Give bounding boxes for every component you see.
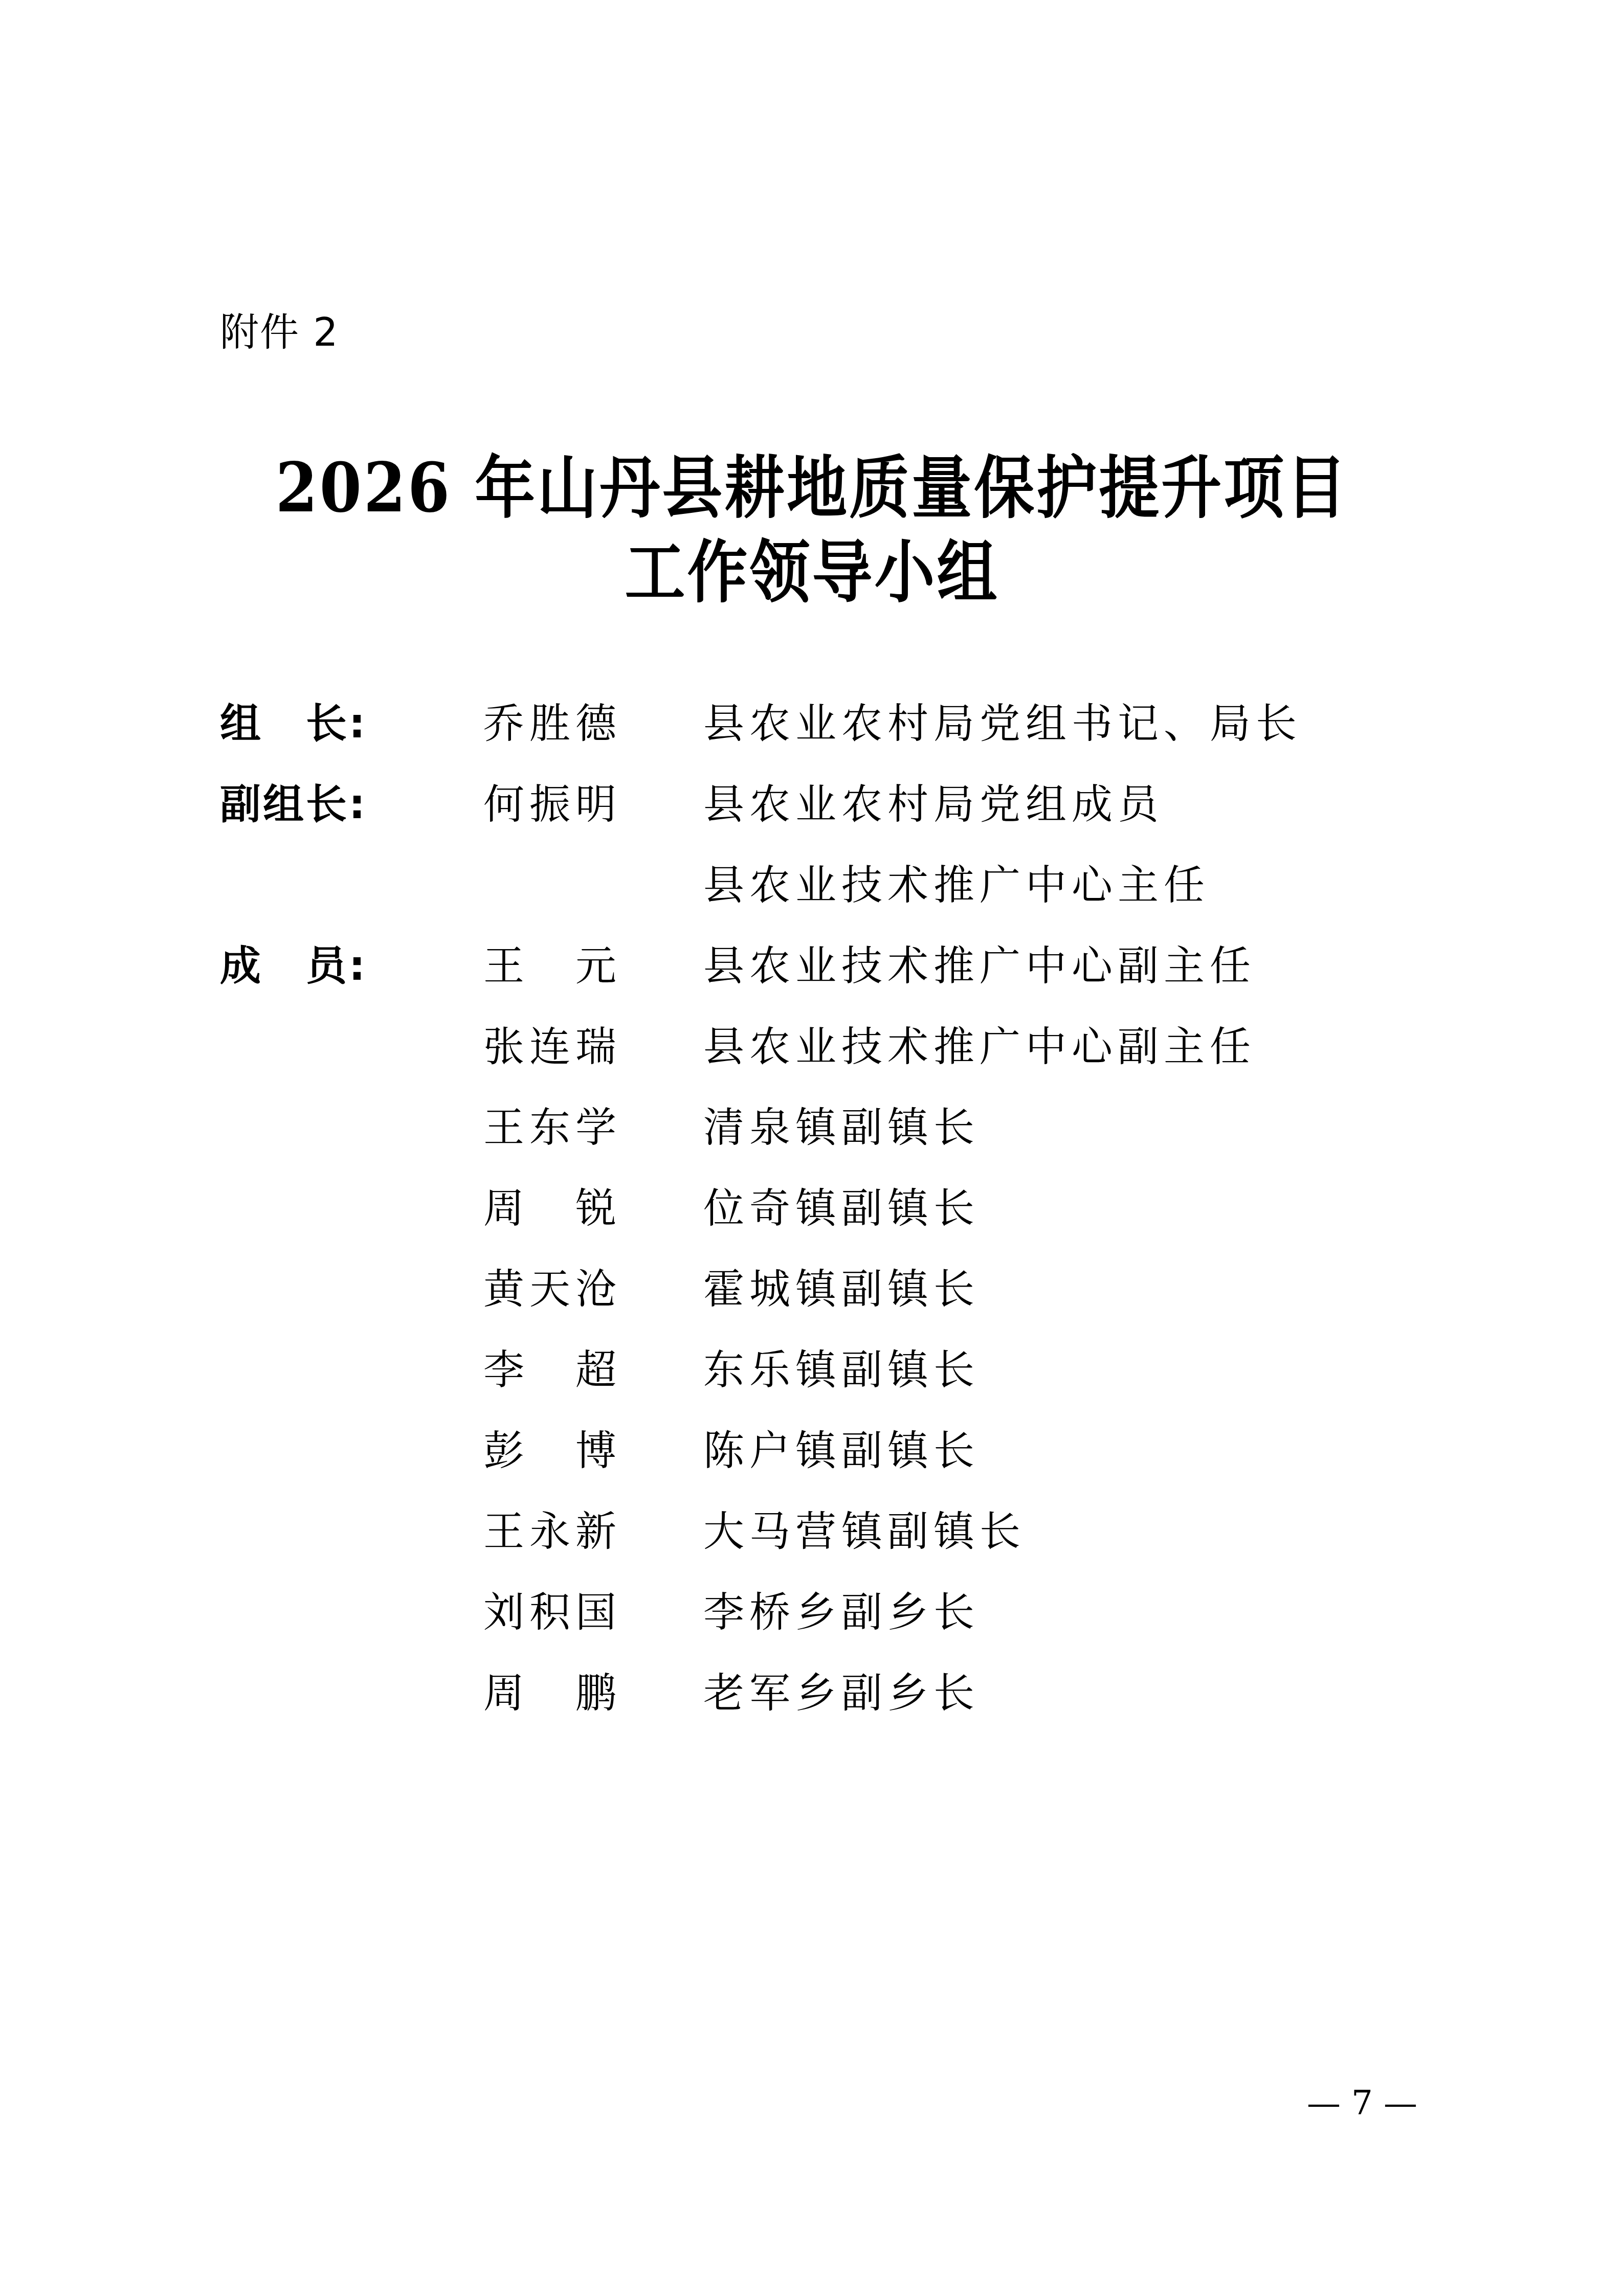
member-name: 何振明 xyxy=(483,784,621,825)
role-label: 组 长: xyxy=(220,703,367,744)
role-label: 成 员: xyxy=(220,946,367,986)
member-row: 李 超 东乐镇副镇长 xyxy=(0,1344,1624,1425)
member-row: 组 长: 乔胜德 县农业农村局党组书记、局长 xyxy=(0,698,1624,779)
member-row: 成 员: 王 元 县农业技术推广中心副主任 xyxy=(0,940,1624,1021)
page-number: — 7 — xyxy=(1307,2086,1417,2120)
member-row: 黄天沧 霍城镇副镇长 xyxy=(0,1264,1624,1344)
member-row: 刘积国 李桥乡副乡长 xyxy=(0,1587,1624,1668)
member-row: 王东学 清泉镇副镇长 xyxy=(0,1102,1624,1183)
member-title: 霍城镇副镇长 xyxy=(703,1269,980,1310)
member-name: 李 超 xyxy=(483,1349,621,1390)
member-list: 组 长: 乔胜德 县农业农村局党组书记、局长 副组长: 何振明 县农业农村局党组… xyxy=(0,698,1624,1748)
member-name: 王东学 xyxy=(483,1107,621,1148)
member-row: 王永新 大马营镇副镇长 xyxy=(0,1506,1624,1587)
member-title: 大马营镇副镇长 xyxy=(703,1511,1026,1552)
member-title: 东乐镇副镇长 xyxy=(703,1349,980,1390)
member-name: 王 元 xyxy=(483,946,621,986)
member-row: 县农业技术推广中心主任 xyxy=(0,860,1624,940)
member-title: 位奇镇副镇长 xyxy=(703,1188,980,1229)
member-row: 周 锐 位奇镇副镇长 xyxy=(0,1183,1624,1264)
member-row: 张连瑞 县农业技术推广中心副主任 xyxy=(0,1021,1624,1102)
member-name: 王永新 xyxy=(483,1511,621,1552)
member-title: 县农业技术推广中心副主任 xyxy=(703,946,1256,986)
role-label: 副组长: xyxy=(220,784,367,825)
member-title: 县农业技术推广中心主任 xyxy=(703,865,1210,906)
document-title-line-1: 2026 年山丹县耕地质量保护提升项目 xyxy=(0,454,1624,522)
member-name: 黄天沧 xyxy=(483,1269,621,1310)
member-row: 彭 博 陈户镇副镇长 xyxy=(0,1425,1624,1506)
member-name: 周 鹏 xyxy=(483,1673,621,1714)
attachment-label: 附件 2 xyxy=(220,313,339,352)
member-title: 县农业农村局党组书记、局长 xyxy=(703,703,1302,744)
member-name: 张连瑞 xyxy=(483,1026,621,1067)
member-name: 周 锐 xyxy=(483,1188,621,1229)
member-row: 副组长: 何振明 县农业农村局党组成员 xyxy=(0,779,1624,860)
member-title: 县农业技术推广中心副主任 xyxy=(703,1026,1256,1067)
document-page: 附件 2 2026 年山丹县耕地质量保护提升项目 工作领导小组 组 长: 乔胜德… xyxy=(0,0,1624,2296)
document-title-line-2: 工作领导小组 xyxy=(0,538,1624,606)
member-row: 周 鹏 老军乡副乡长 xyxy=(0,1668,1624,1748)
member-title: 李桥乡副乡长 xyxy=(703,1592,980,1633)
member-title: 老军乡副乡长 xyxy=(703,1673,980,1714)
member-title: 县农业农村局党组成员 xyxy=(703,784,1164,825)
member-title: 陈户镇副镇长 xyxy=(703,1430,980,1471)
member-title: 清泉镇副镇长 xyxy=(703,1107,980,1148)
member-name: 乔胜德 xyxy=(483,703,621,744)
member-name: 彭 博 xyxy=(483,1430,621,1471)
member-name: 刘积国 xyxy=(483,1592,621,1633)
